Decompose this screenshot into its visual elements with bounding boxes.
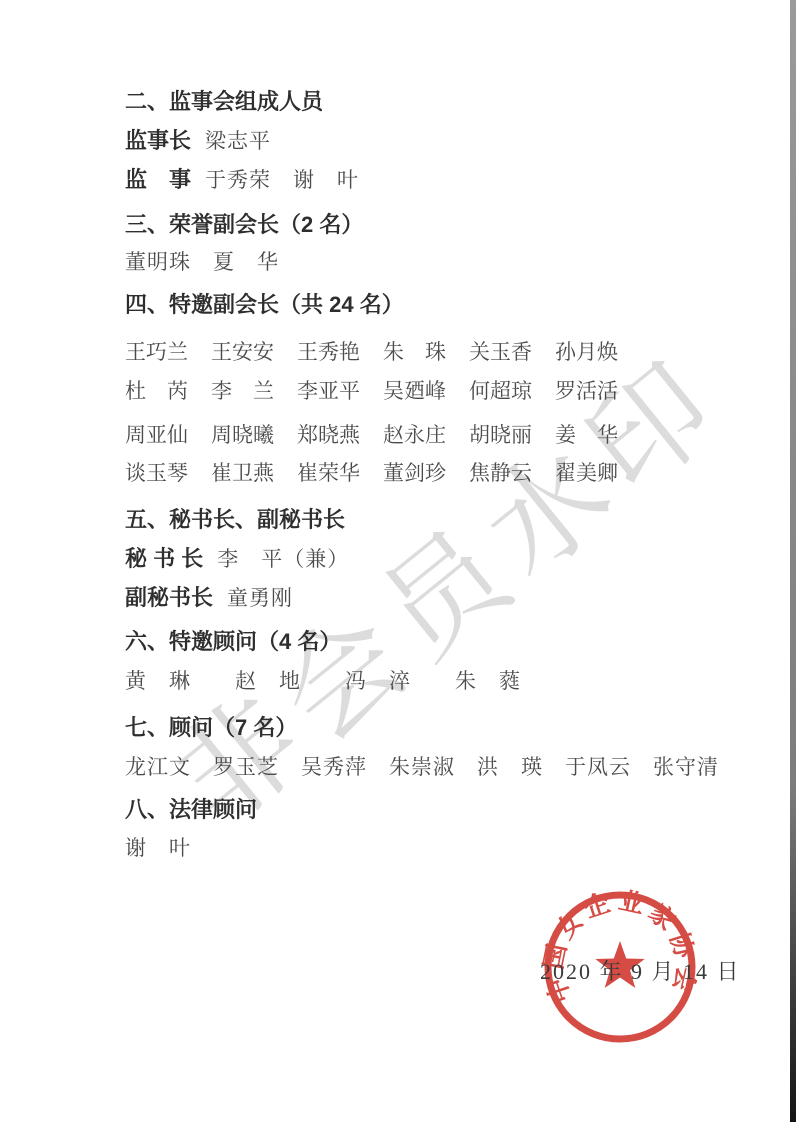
- legal-advisor-name: 谢 叶: [125, 832, 191, 862]
- supervisors-line: 监 事于秀荣 谢 叶: [125, 163, 359, 194]
- scan-edge-strip: [790, 0, 796, 1122]
- supervisors-names: 于秀荣 谢 叶: [205, 168, 359, 192]
- section-heading-honorary-vp: 三、荣誉副会长（2 名）: [125, 208, 363, 239]
- vp-name: 崔荣华: [297, 457, 364, 487]
- deputy-secretary-label: 副秘书长: [125, 585, 213, 610]
- deputy-secretary-name: 童勇刚: [227, 586, 293, 610]
- deputy-secretary-line: 副秘书长童勇刚: [125, 581, 293, 612]
- vp-name: 谈玉琴: [125, 457, 192, 487]
- invited-advisors-names: 黄 琳 赵 地 冯 淬 朱 蕤: [125, 665, 521, 695]
- supervisor-chief-label: 监事长: [125, 128, 191, 153]
- vp-name: 翟美卿: [555, 457, 622, 487]
- document-date: 2020 年 9 月 14 日: [540, 955, 741, 986]
- invited-vp-row-3: 周亚仙 周晓曦 郑晓燕 赵永庄 胡晓丽 姜 华: [125, 419, 641, 449]
- section-heading-legal-advisor: 八、法律顾问: [125, 793, 257, 824]
- section-heading-secretary-general: 五、秘书长、副秘书长: [125, 503, 345, 534]
- vp-name: 罗活活: [555, 375, 622, 405]
- vp-name: 胡晓丽: [469, 419, 536, 449]
- section-heading-invited-advisors: 六、特邀顾问（4 名）: [125, 625, 341, 656]
- vp-name: 姜 华: [555, 419, 622, 449]
- supervisors-label: 监 事: [125, 167, 191, 192]
- vp-name: 吴廼峰: [383, 375, 450, 405]
- advisors-names: 龙江文 罗玉芝 吴秀萍 朱崇淑 洪 瑛 于凤云 张守清: [125, 751, 719, 781]
- supervisor-chief-name: 梁志平: [205, 129, 271, 153]
- vp-name: 李亚平: [297, 375, 364, 405]
- vp-name: 周晓曦: [211, 419, 278, 449]
- supervisor-chief-line: 监事长梁志平: [125, 124, 271, 155]
- vp-name: 李 兰: [211, 375, 278, 405]
- section-heading-invited-vp: 四、特邀副会长（共 24 名）: [125, 288, 404, 319]
- invited-vp-row-1: 王巧兰 王安安 王秀艳 朱 珠 关玉香 孙月焕: [125, 336, 641, 366]
- honorary-vp-names: 董明珠 夏 华: [125, 246, 279, 276]
- document-page: 非会员水印 二、监事会组成人员 监事长梁志平 监 事于秀荣 谢 叶 三、荣誉副会…: [0, 0, 796, 1122]
- vp-name: 孙月焕: [555, 336, 622, 366]
- vp-name: 杜 芮: [125, 375, 192, 405]
- section-heading-supervisory-board: 二、监事会组成人员: [125, 85, 323, 116]
- secretary-general-label: 秘 书 长: [125, 546, 203, 571]
- vp-name: 郑晓燕: [297, 419, 364, 449]
- vp-name: 朱 珠: [383, 336, 450, 366]
- vp-name: 崔卫燕: [211, 457, 278, 487]
- vp-name: 王安安: [211, 336, 278, 366]
- secretary-general-name: 李 平（兼）: [217, 547, 349, 571]
- vp-name: 关玉香: [469, 336, 536, 366]
- vp-name: 王巧兰: [125, 336, 192, 366]
- section-heading-advisors: 七、顾问（7 名）: [125, 711, 297, 742]
- secretary-general-line: 秘 书 长李 平（兼）: [125, 542, 349, 573]
- invited-vp-row-4: 谈玉琴 崔卫燕 崔荣华 董剑珍 焦静云 翟美卿: [125, 457, 641, 487]
- vp-name: 董剑珍: [383, 457, 450, 487]
- vp-name: 何超琼: [469, 375, 536, 405]
- invited-vp-row-2: 杜 芮 李 兰 李亚平 吴廼峰 何超琼 罗活活: [125, 375, 641, 405]
- vp-name: 周亚仙: [125, 419, 192, 449]
- vp-name: 赵永庄: [383, 419, 450, 449]
- vp-name: 王秀艳: [297, 336, 364, 366]
- vp-name: 焦静云: [469, 457, 536, 487]
